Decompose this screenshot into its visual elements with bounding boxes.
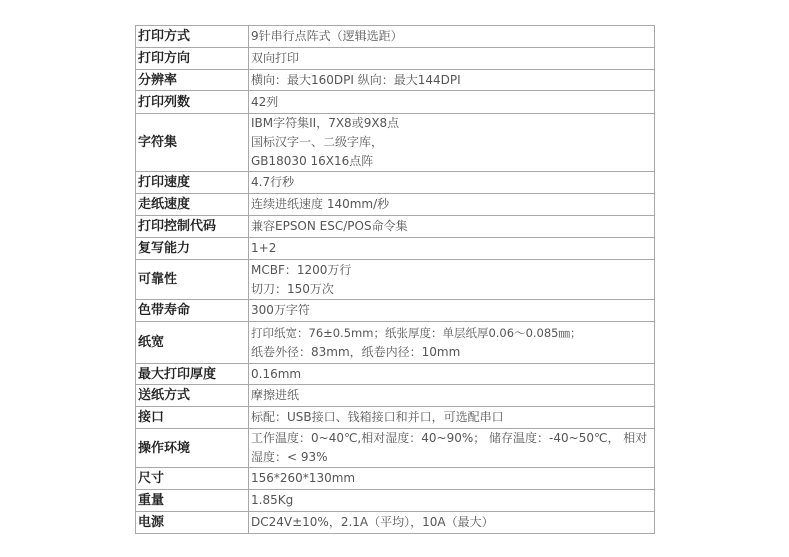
table-row: 可靠性 MCBF：1200万行 切刀：150万次 <box>136 260 655 300</box>
table-row: 电源 DC24V±10%，2.1A（平均），10A（最大） <box>136 512 655 534</box>
spec-label-copy-capability: 复写能力 <box>136 238 249 260</box>
value-line: 纸卷外径：83mm，纸卷内径：10mm <box>251 343 652 362</box>
table-row: 打印控制代码 兼容EPSON ESC/POS命令集 <box>136 216 655 238</box>
table-row: 接口 标配：USB接口、钱箱接口和并口，可选配串口 <box>136 407 655 429</box>
table-row: 打印方式 9针串行点阵式（逻辑选距） <box>136 26 655 48</box>
value-line: DC24V±10%，2.1A（平均），10A（最大） <box>251 513 652 532</box>
table-row: 纸宽 打印纸宽：76±0.5mm；纸张厚度：单层纸厚0.06～0.085㎜； 纸… <box>136 322 655 364</box>
spec-label-charset: 字符集 <box>136 114 249 172</box>
spec-label-print-speed: 打印速度 <box>136 172 249 194</box>
spec-label-max-thickness: 最大打印厚度 <box>136 364 249 385</box>
table-row: 走纸速度 连续进纸速度 140mm/秒 <box>136 194 655 216</box>
table-row: 重量 1.85Kg <box>136 490 655 512</box>
spec-label-weight: 重量 <box>136 490 249 512</box>
table-row: 打印方向 双向打印 <box>136 48 655 70</box>
value-line: 300万字符 <box>251 301 652 320</box>
value-line: 0.16mm <box>251 365 652 384</box>
spec-label-feed-speed: 走纸速度 <box>136 194 249 216</box>
spec-label-paper-feed: 送纸方式 <box>136 385 249 407</box>
spec-value-copy-capability: 1+2 <box>249 238 655 260</box>
value-line: 摩擦进纸 <box>251 386 652 405</box>
spec-label-print-direction: 打印方向 <box>136 48 249 70</box>
value-line: 1.85Kg <box>251 491 652 510</box>
table-row: 最大打印厚度 0.16mm <box>136 364 655 385</box>
spec-value-max-thickness: 0.16mm <box>249 364 655 385</box>
table-row: 尺寸 156*260*130mm <box>136 468 655 490</box>
spec-label-environment: 操作环境 <box>136 429 249 468</box>
value-line: 连续进纸速度 140mm/秒 <box>251 195 652 214</box>
table-row: 字符集 IBM字符集II，7X8或9X8点 国标汉字一、二级字库， GB1803… <box>136 114 655 172</box>
spec-label-print-method: 打印方式 <box>136 26 249 48</box>
spec-value-reliability: MCBF：1200万行 切刀：150万次 <box>249 260 655 300</box>
spec-label-ribbon-life: 色带寿命 <box>136 300 249 322</box>
spec-label-power: 电源 <box>136 512 249 534</box>
spec-table: 打印方式 9针串行点阵式（逻辑选距） 打印方向 双向打印 分辨率 横向：最大16… <box>135 25 655 534</box>
value-line: 兼容EPSON ESC/POS命令集 <box>251 217 652 236</box>
value-line: 双向打印 <box>251 49 652 68</box>
value-line: 打印纸宽：76±0.5mm；纸张厚度：单层纸厚0.06～0.085㎜； <box>251 324 652 343</box>
spec-label-paper-width: 纸宽 <box>136 322 249 364</box>
spec-value-weight: 1.85Kg <box>249 490 655 512</box>
spec-value-charset: IBM字符集II，7X8或9X8点 国标汉字一、二级字库， GB18030 16… <box>249 114 655 172</box>
spec-value-print-method: 9针串行点阵式（逻辑选距） <box>249 26 655 48</box>
spec-label-control-code: 打印控制代码 <box>136 216 249 238</box>
table-row: 打印列数 42列 <box>136 91 655 114</box>
spec-value-power: DC24V±10%，2.1A（平均），10A（最大） <box>249 512 655 534</box>
spec-label-interface: 接口 <box>136 407 249 429</box>
spec-value-print-speed: 4.7行秒 <box>249 172 655 194</box>
table-row: 打印速度 4.7行秒 <box>136 172 655 194</box>
value-line: 切刀：150万次 <box>251 280 652 299</box>
table-row: 分辨率 横向：最大160DPI 纵向：最大144DPI <box>136 70 655 91</box>
spec-value-interface: 标配：USB接口、钱箱接口和并口，可选配串口 <box>249 407 655 429</box>
spec-value-dimensions: 156*260*130mm <box>249 468 655 490</box>
spec-value-resolution: 横向：最大160DPI 纵向：最大144DPI <box>249 70 655 91</box>
value-line: 156*260*130mm <box>251 469 652 488</box>
spec-value-columns: 42列 <box>249 91 655 114</box>
value-line: 标配：USB接口、钱箱接口和并口，可选配串口 <box>251 408 652 427</box>
value-line: MCBF：1200万行 <box>251 261 652 280</box>
table-row: 送纸方式 摩擦进纸 <box>136 385 655 407</box>
spec-label-reliability: 可靠性 <box>136 260 249 300</box>
value-line: 横向：最大160DPI 纵向：最大144DPI <box>251 71 652 90</box>
spec-value-paper-width: 打印纸宽：76±0.5mm；纸张厚度：单层纸厚0.06～0.085㎜； 纸卷外径… <box>249 322 655 364</box>
table-row: 色带寿命 300万字符 <box>136 300 655 322</box>
spec-label-columns: 打印列数 <box>136 91 249 114</box>
value-line: 工作温度：0~40℃,相对湿度：40~90%； 储存温度：-40~50℃， 相对… <box>251 431 647 464</box>
value-line: 1+2 <box>251 239 652 258</box>
spec-label-resolution: 分辨率 <box>136 70 249 91</box>
spec-value-paper-feed: 摩擦进纸 <box>249 385 655 407</box>
table-row: 复写能力 1+2 <box>136 238 655 260</box>
value-line: 国标汉字一、二级字库， <box>251 133 652 152</box>
spec-value-print-direction: 双向打印 <box>249 48 655 70</box>
table-row: 操作环境 工作温度：0~40℃,相对湿度：40~90%； 储存温度：-40~50… <box>136 429 655 468</box>
value-line: GB18030 16X16点阵 <box>251 152 652 171</box>
spec-table-body: 打印方式 9针串行点阵式（逻辑选距） 打印方向 双向打印 分辨率 横向：最大16… <box>136 26 655 534</box>
spec-value-environment: 工作温度：0~40℃,相对湿度：40~90%； 储存温度：-40~50℃， 相对… <box>249 429 655 468</box>
value-line: 9针串行点阵式（逻辑选距） <box>251 27 652 46</box>
value-line: 42列 <box>251 93 652 112</box>
spec-value-ribbon-life: 300万字符 <box>249 300 655 322</box>
spec-value-control-code: 兼容EPSON ESC/POS命令集 <box>249 216 655 238</box>
value-line: IBM字符集II，7X8或9X8点 <box>251 114 652 133</box>
value-line: 4.7行秒 <box>251 173 652 192</box>
spec-value-feed-speed: 连续进纸速度 140mm/秒 <box>249 194 655 216</box>
spec-label-dimensions: 尺寸 <box>136 468 249 490</box>
